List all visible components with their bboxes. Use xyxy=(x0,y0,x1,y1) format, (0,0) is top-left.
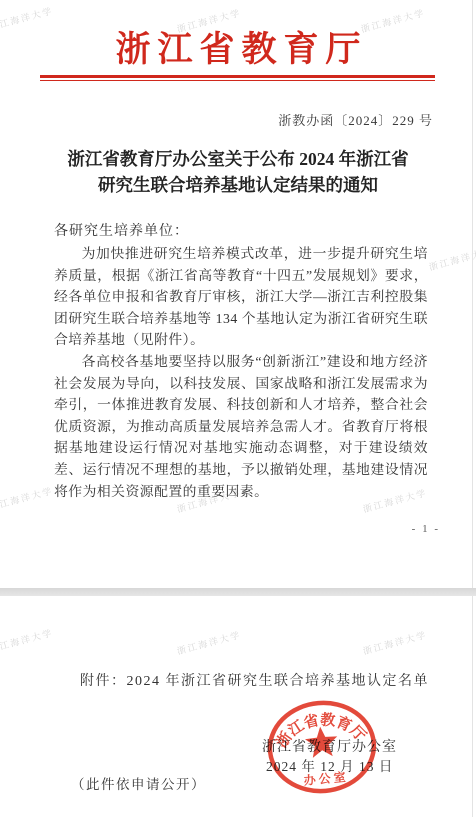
university-watermark: 浙江海洋大学 xyxy=(175,628,242,658)
page-edge-line xyxy=(472,0,473,588)
university-watermark: 浙江海洋大学 xyxy=(427,244,476,274)
university-watermark: 浙江海洋大学 xyxy=(0,484,55,514)
body-paragraph-1: 为加快推进研究生培养模式改革，进一步提升研究生培养质量，根据《浙江省高等教育“十… xyxy=(54,243,428,351)
body-paragraph-2: 各高校各基地要坚持以服务“创新浙江”建设和地方经济社会发展为导向，以科技发展、国… xyxy=(54,351,428,502)
red-divider xyxy=(40,75,435,81)
document-page-2: 浙江海洋大学 浙江海洋大学 浙江海洋大学 附件：2024 年浙江省研究生联合培养… xyxy=(0,596,476,817)
body-text: 为加快推进研究生培养模式改革，进一步提升研究生培养质量，根据《浙江省高等教育“十… xyxy=(54,243,428,502)
agency-header: 浙江省教育厅 xyxy=(0,22,476,72)
seal-bottom-text: 办 公 室 xyxy=(303,769,346,788)
page-number: - 1 - xyxy=(412,523,440,535)
notice-title-line1: 浙江省教育厅办公室关于公布 2024 年浙江省 xyxy=(30,146,446,172)
page-edge-line xyxy=(472,596,473,817)
university-watermark: 浙江海洋大学 xyxy=(361,628,428,658)
document-page-1: 浙江海洋大学 浙江海洋大学 浙江海洋大学 浙江海洋大学 浙江海洋大学 浙江海洋大… xyxy=(0,0,476,588)
official-seal: 浙江省教育厅 办 公 室 xyxy=(253,687,390,810)
document-number: 浙教办函〔2024〕229 号 xyxy=(278,110,433,129)
page-break xyxy=(0,588,476,596)
notice-title: 浙江省教育厅办公室关于公布 2024 年浙江省 研究生联合培养基地认定结果的通知 xyxy=(30,146,446,198)
salutation: 各研究生培养单位： xyxy=(54,220,189,240)
notice-title-line2: 研究生联合培养基地认定结果的通知 xyxy=(30,172,446,198)
disclosure-note: （此件依申请公开） xyxy=(71,773,206,793)
university-watermark: 浙江海洋大学 xyxy=(0,626,55,656)
